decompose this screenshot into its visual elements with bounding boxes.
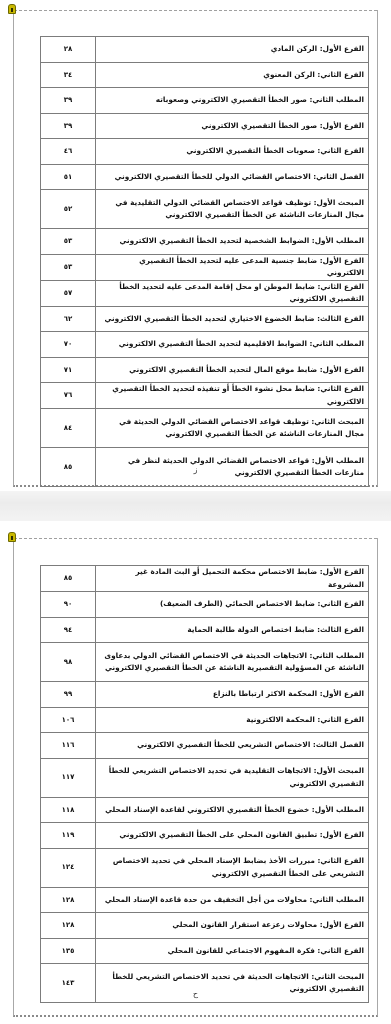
toc-entry-title: الفرع الأول: ضابط جنسية المدعى عليه لتحد… <box>96 254 369 280</box>
toc-row: الفرع الأول: ضابط جنسية المدعى عليه لتحد… <box>41 254 369 280</box>
toc-entry-page: ٤٦ <box>41 139 96 165</box>
toc-row: الفرع الأول: الركن المادي٢٨ <box>41 37 369 63</box>
toc-row: الفرع الثاني: مبررات الأخذ بضابط الإسناد… <box>41 848 369 887</box>
toc-row: الفرع الثاني: فكرة المفهوم الاجتماعي للق… <box>41 938 369 964</box>
document-page-2: الفرع الأول: ضابط الاختصاص محكمة التحميل… <box>13 538 378 1017</box>
toc-entry-page: ١٣٥ <box>41 938 96 964</box>
toc-entry-page: ٩٩ <box>41 682 96 708</box>
toc-entry-title: الفرع الأول: الركن المادي <box>96 37 369 63</box>
toc-entry-page: ٣٩ <box>41 88 96 114</box>
toc-entry-title: الفرع الثاني: ضابط الموطن او محل إقامة ا… <box>96 280 369 306</box>
toc-entry-title: الفرع الثاني: فكرة المفهوم الاجتماعي للق… <box>96 938 369 964</box>
toc-row: الفرع الثاني: المحكمة الالكترونية١٠٦ <box>41 707 369 733</box>
page-number: ح <box>14 989 377 998</box>
toc-row: الفرع الثاني: ضابط الاختصاص الحمائي (الط… <box>41 592 369 618</box>
toc-entry-title: المطلب الثاني: الاتجاهات الحديثة في الاخ… <box>96 643 369 682</box>
toc-entry-title: المبحث الأول: الاتجاهات التقليدية في تحد… <box>96 758 369 797</box>
toc-table: الفرع الأول: ضابط الاختصاص محكمة التحميل… <box>40 565 369 1003</box>
toc-row: المبحث الأول: الاتجاهات التقليدية في تحد… <box>41 758 369 797</box>
page-number: ز <box>14 465 377 474</box>
toc-entry-title: المبحث الأول: توظيف قواعد الاختصاص القضا… <box>96 190 369 229</box>
toc-entry-page: ٩٨ <box>41 643 96 682</box>
toc-row: المطلب الثاني: الاتجاهات الحديثة في الاخ… <box>41 643 369 682</box>
toc-row: الفصل الثالث: الاختصاص التشريعي للخطأ ال… <box>41 733 369 759</box>
toc-entry-page: ١١٩ <box>41 823 96 849</box>
toc-row: المطلب الثاني: الضوابط الاقليمية لتحديد … <box>41 332 369 358</box>
toc-row: الفرع الأول: ضابط الاختصاص محكمة التحميل… <box>41 566 369 592</box>
toc-row: الفرع الأول: صور الخطأ التقصيري الالكترو… <box>41 113 369 139</box>
toc-entry-title: الفرع الأول: ضابط موقع المال لتحديد الخط… <box>96 357 369 383</box>
toc-entry-title: المطلب الثاني: محاولات من أجل التخفيف من… <box>96 887 369 913</box>
toc-entry-page: ٥١ <box>41 164 96 190</box>
toc-entry-page: ٦٢ <box>41 306 96 332</box>
toc-entry-page: ١١٨ <box>41 797 96 823</box>
toc-row: الفرع الثاني: الركن المعنوي٣٤ <box>41 62 369 88</box>
toc-entry-title: الفرع الثاني: ضابط محل نشوء الخطأ أو تنف… <box>96 383 369 409</box>
toc-entry-page: ٧٠ <box>41 332 96 358</box>
toc-entry-title: الفرع الثاني: المحكمة الالكترونية <box>96 707 369 733</box>
toc-row: الفرع الثالث: ضابط الخضوع الاختياري لتحد… <box>41 306 369 332</box>
toc-row: المبحث الأول: توظيف قواعد الاختصاص القضا… <box>41 190 369 229</box>
toc-row: المطلب الأول: خضوع الخطأ التقصيري الالكت… <box>41 797 369 823</box>
toc-entry-page: ٩٤ <box>41 617 96 643</box>
toc-entry-page: ١٢٨ <box>41 913 96 939</box>
toc-body: الفرع الأول: ضابط الاختصاص محكمة التحميل… <box>41 566 369 1003</box>
toc-row: المبحث الثاني: توظيف قواعد الاختصاص القض… <box>41 409 369 448</box>
toc-entry-title: الفرع الأول: ضابط الاختصاص محكمة التحميل… <box>96 566 369 592</box>
toc-entry-page: ٥٣ <box>41 229 96 255</box>
toc-entry-title: الفرع الأول: محاولات زعزعة استقرار القان… <box>96 913 369 939</box>
toc-body: الفرع الأول: الركن المادي٢٨الفرع الثاني:… <box>41 37 369 487</box>
toc-entry-title: الفرع الأول: صور الخطأ التقصيري الالكترو… <box>96 113 369 139</box>
toc-entry-page: ١٠٦ <box>41 707 96 733</box>
toc-row: الفصل الثاني: الاختصاص القضائي الدولي لل… <box>41 164 369 190</box>
toc-entry-title: الفصل الثاني: الاختصاص القضائي الدولي لل… <box>96 164 369 190</box>
toc-entry-page: ٥٢ <box>41 190 96 229</box>
toc-row: المطلب الثاني: محاولات من أجل التخفيف من… <box>41 887 369 913</box>
toc-entry-title: الفصل الثالث: الاختصاص التشريعي للخطأ ال… <box>96 733 369 759</box>
toc-entry-title: الفرع الأول: المحكمة الاكثر ارتباطا بالن… <box>96 682 369 708</box>
toc-row: الفرع الثاني: ضابط الموطن او محل إقامة ا… <box>41 280 369 306</box>
toc-entry-title: الفرع الأول: تطبيق القانون المحلي على ال… <box>96 823 369 849</box>
toc-entry-page: ٧٦ <box>41 383 96 409</box>
toc-entry-title: المبحث الثاني: توظيف قواعد الاختصاص القض… <box>96 409 369 448</box>
toc-entry-page: ٣٩ <box>41 113 96 139</box>
toc-entry-title: الفرع الثاني: ضابط الاختصاص الحمائي (الط… <box>96 592 369 618</box>
paragraph-anchor-icon[interactable] <box>8 532 16 542</box>
toc-row: الفرع الأول: محاولات زعزعة استقرار القان… <box>41 913 369 939</box>
toc-row: الفرع الثاني: ضابط محل نشوء الخطأ أو تنف… <box>41 383 369 409</box>
toc-entry-page: ١١٦ <box>41 733 96 759</box>
toc-entry-page: ٥٧ <box>41 280 96 306</box>
toc-entry-title: المطلب الثاني: صور الخطأ التقصيري الالكت… <box>96 88 369 114</box>
toc-entry-page: ٨٥ <box>41 566 96 592</box>
toc-entry-title: الفرع الثاني: صعوبات الخطأ التقصيري الال… <box>96 139 369 165</box>
page-gap <box>0 491 391 521</box>
toc-entry-title: الفرع الثالث: ضابط اختصاص الدولة طالبة ا… <box>96 617 369 643</box>
toc-row: الفرع الثاني: صعوبات الخطأ التقصيري الال… <box>41 139 369 165</box>
toc-entry-title: المطلب الثاني: الضوابط الاقليمية لتحديد … <box>96 332 369 358</box>
toc-entry-title: الفرع الثاني: مبررات الأخذ بضابط الإسناد… <box>96 848 369 887</box>
toc-entry-page: ٨٤ <box>41 409 96 448</box>
toc-entry-page: ٧١ <box>41 357 96 383</box>
toc-entry-title: الفرع الثاني: الركن المعنوي <box>96 62 369 88</box>
toc-row: الفرع الأول: المحكمة الاكثر ارتباطا بالن… <box>41 682 369 708</box>
toc-table: الفرع الأول: الركن المادي٢٨الفرع الثاني:… <box>40 36 369 487</box>
toc-entry-title: المطلب الأول: خضوع الخطأ التقصيري الالكت… <box>96 797 369 823</box>
toc-row: الفرع الثالث: ضابط اختصاص الدولة طالبة ا… <box>41 617 369 643</box>
toc-entry-page: ٩٠ <box>41 592 96 618</box>
toc-entry-page: ١٢٨ <box>41 887 96 913</box>
toc-entry-page: ٣٤ <box>41 62 96 88</box>
toc-entry-page: ٢٨ <box>41 37 96 63</box>
toc-row: المطلب الأول: الضوابط الشخصية لتحديد الخ… <box>41 229 369 255</box>
toc-row: المطلب الثاني: صور الخطأ التقصيري الالكت… <box>41 88 369 114</box>
toc-entry-title: المطلب الأول: الضوابط الشخصية لتحديد الخ… <box>96 229 369 255</box>
toc-entry-page: ٥٣ <box>41 254 96 280</box>
paragraph-anchor-icon[interactable] <box>8 4 16 14</box>
toc-row: الفرع الأول: ضابط موقع المال لتحديد الخط… <box>41 357 369 383</box>
toc-entry-title: الفرع الثالث: ضابط الخضوع الاختياري لتحد… <box>96 306 369 332</box>
document-page-1: الفرع الأول: الركن المادي٢٨الفرع الثاني:… <box>13 10 378 487</box>
toc-entry-page: ١٢٤ <box>41 848 96 887</box>
toc-row: الفرع الأول: تطبيق القانون المحلي على ال… <box>41 823 369 849</box>
toc-entry-page: ١١٧ <box>41 758 96 797</box>
